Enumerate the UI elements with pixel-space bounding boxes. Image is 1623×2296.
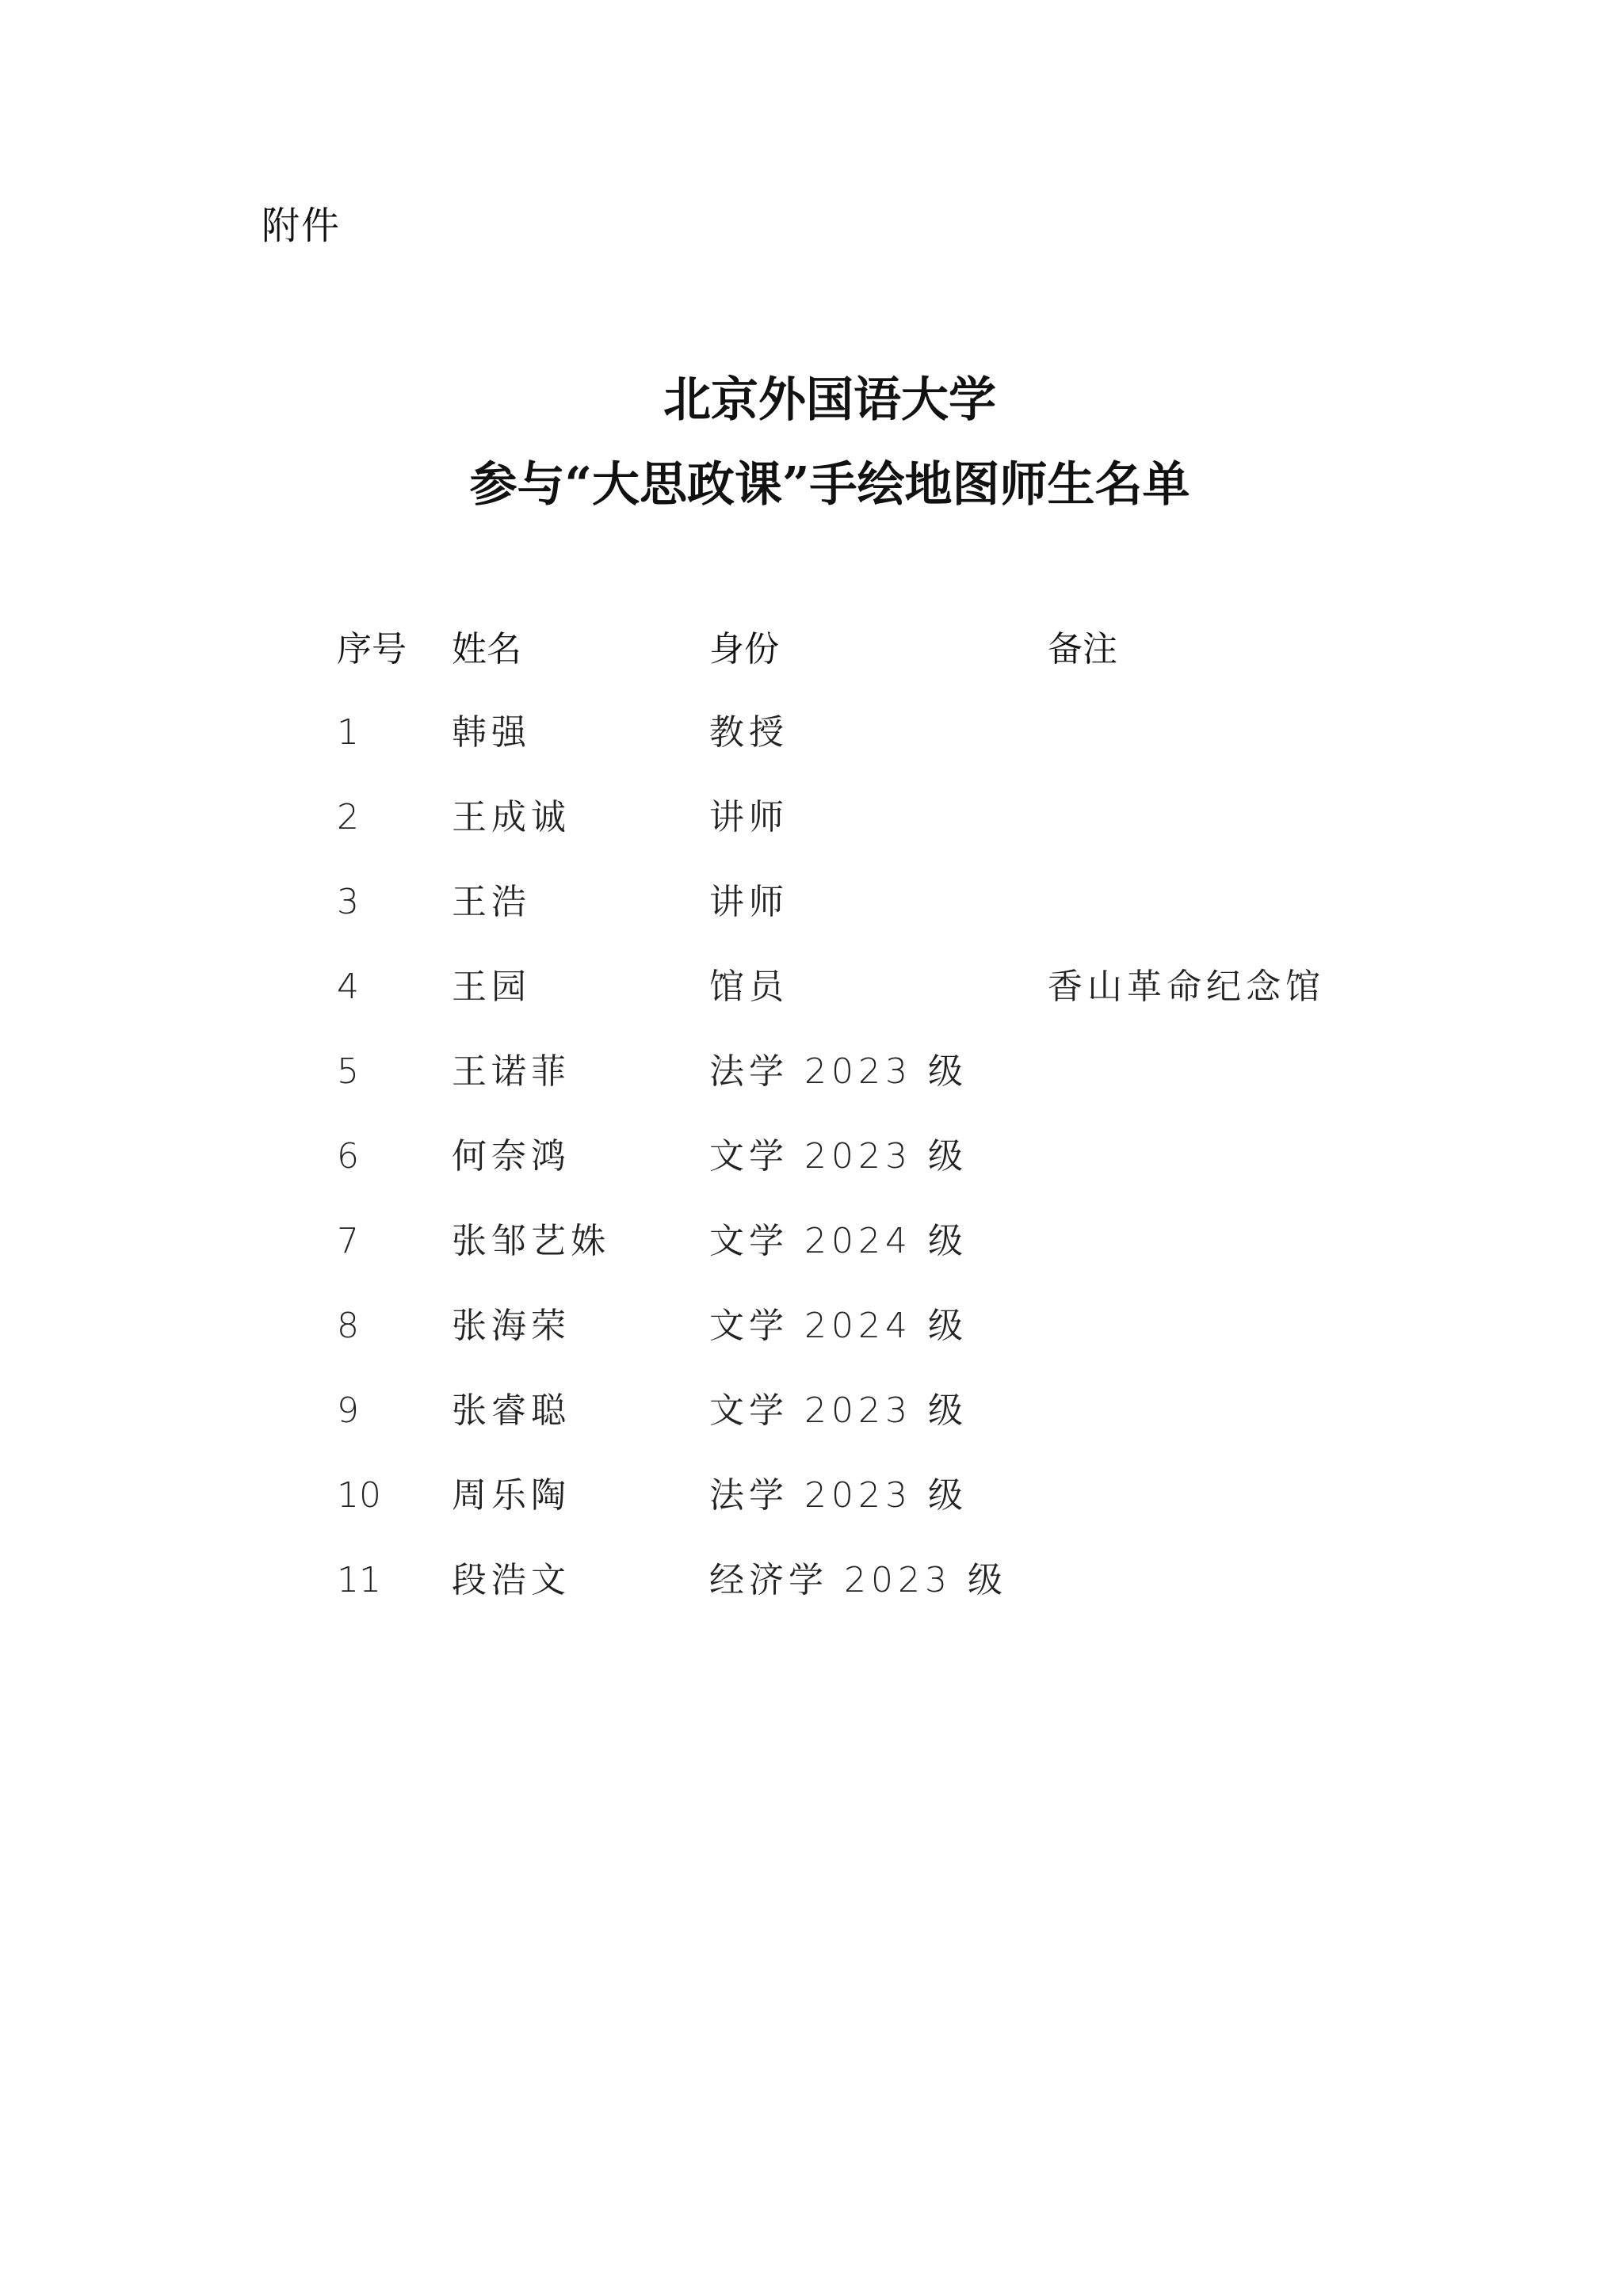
cell-role: 讲师 xyxy=(709,879,789,926)
cell-name: 周乐陶 xyxy=(452,1472,571,1520)
cell-name: 王诺菲 xyxy=(452,1048,571,1096)
cell-role: 法学 2023 级 xyxy=(709,1048,968,1096)
title-university: 北京外国语大学 xyxy=(0,372,1623,428)
cell-name: 何奈鸿 xyxy=(452,1133,571,1180)
cell-no: 2 xyxy=(337,794,359,841)
cell-no: 11 xyxy=(337,1557,381,1604)
cell-role: 文学 2023 级 xyxy=(709,1387,968,1435)
cell-role: 教授 xyxy=(709,709,789,757)
cell-role: 文学 2023 级 xyxy=(709,1133,968,1180)
attachment-label: 附件 xyxy=(262,202,341,250)
header-no: 序号 xyxy=(337,626,407,673)
cell-name: 王成诚 xyxy=(452,794,571,841)
cell-role: 讲师 xyxy=(709,794,789,841)
cell-role: 文学 2024 级 xyxy=(709,1218,968,1265)
cell-name: 韩强 xyxy=(452,709,531,757)
header-role: 身份 xyxy=(709,626,779,673)
cell-name: 张邹艺姝 xyxy=(452,1218,610,1265)
cell-role: 经济学 2023 级 xyxy=(709,1557,1007,1604)
cell-no: 7 xyxy=(337,1218,359,1265)
cell-name: 张睿聪 xyxy=(452,1387,571,1435)
cell-no: 6 xyxy=(337,1133,359,1180)
cell-no: 8 xyxy=(337,1302,359,1350)
cell-no: 9 xyxy=(337,1387,359,1435)
cell-name: 王浩 xyxy=(452,879,531,926)
cell-name: 张海荣 xyxy=(452,1302,571,1350)
cell-no: 10 xyxy=(337,1472,381,1520)
title-roster-description: 参与“大思政课”手绘地图师生名单 xyxy=(0,457,1623,513)
cell-role: 法学 2023 级 xyxy=(709,1472,968,1520)
cell-no: 4 xyxy=(337,963,359,1011)
header-note: 备注 xyxy=(1048,626,1117,673)
cell-name: 段浩文 xyxy=(452,1557,571,1604)
cell-no: 5 xyxy=(337,1048,359,1096)
cell-role: 馆员 xyxy=(709,963,789,1011)
header-name: 姓名 xyxy=(452,626,521,673)
cell-no: 1 xyxy=(337,709,359,757)
cell-name: 王园 xyxy=(452,963,531,1011)
cell-role: 文学 2024 级 xyxy=(709,1302,968,1350)
cell-note: 香山革命纪念馆 xyxy=(1048,963,1325,1011)
cell-no: 3 xyxy=(337,879,359,926)
